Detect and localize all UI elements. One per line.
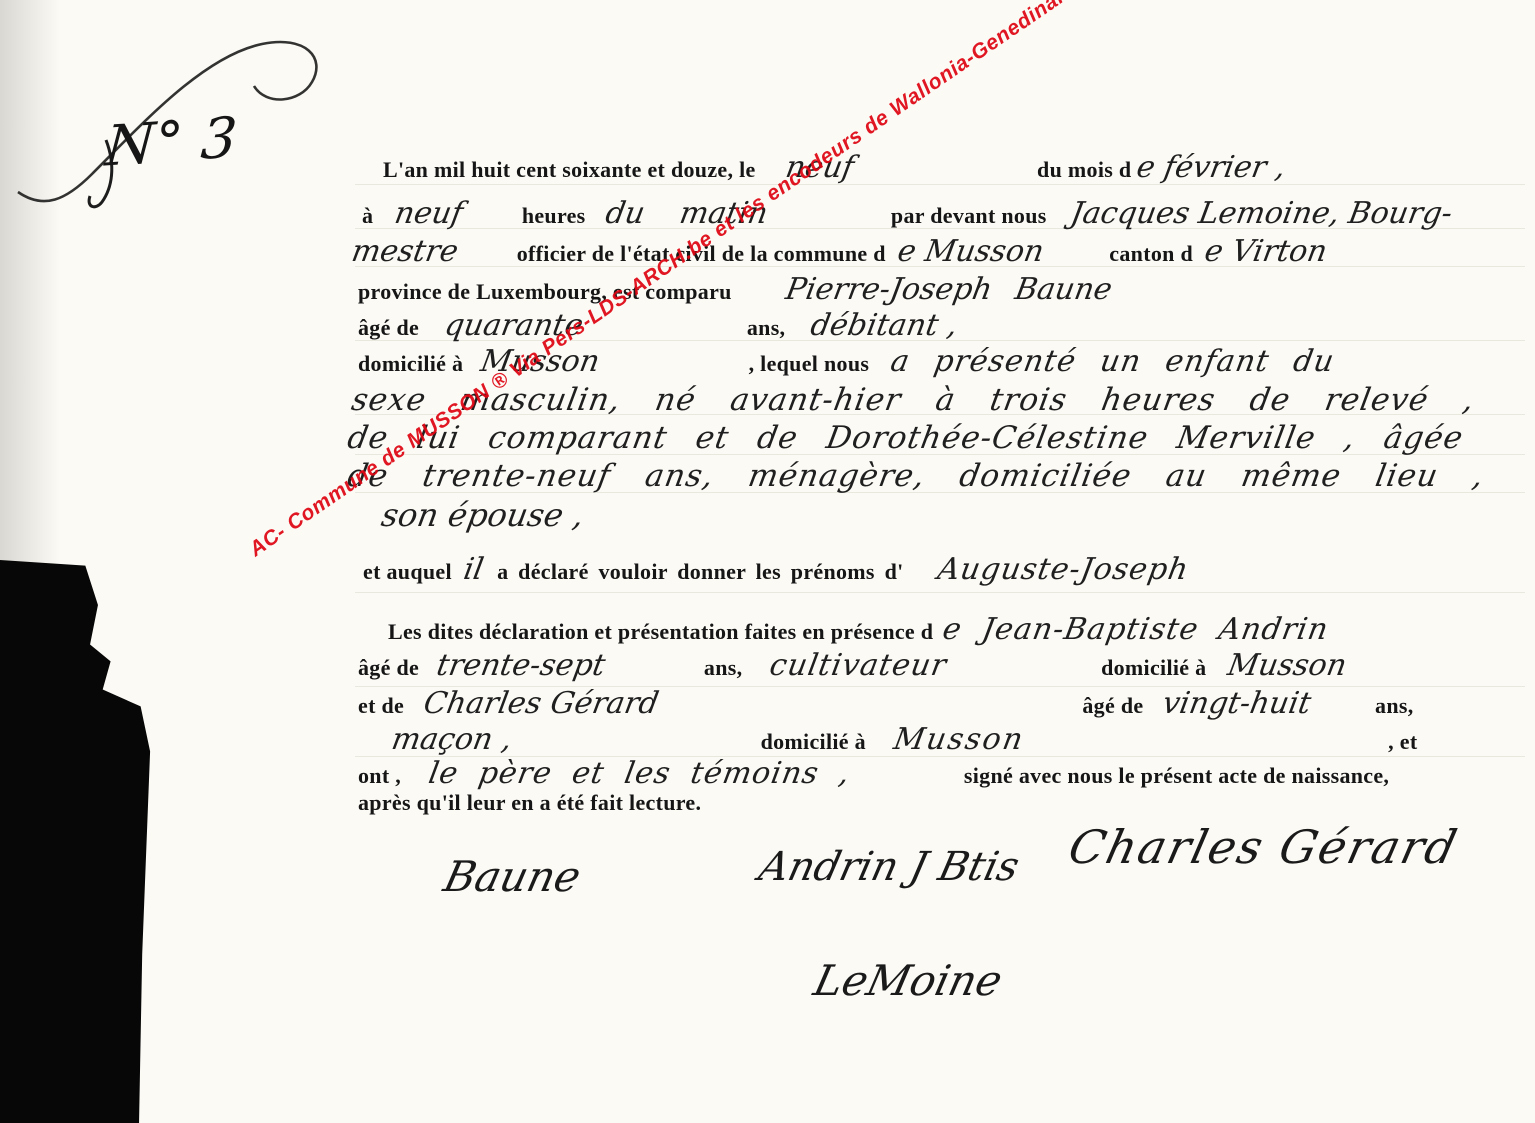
signature-andrin: Andrin J Btis [755, 844, 1024, 890]
handwritten-segment: Pierre-Joseph Baune [783, 272, 1115, 307]
printed-segment: et de [358, 693, 404, 718]
handwritten-segment: e Jean-Baptiste Andrin [940, 612, 1332, 647]
birth-act-document: N° 3 AC- Commune de MUSSON ® Via Pers-LD… [0, 0, 1535, 1123]
act-number-block: N° 3 [14, 14, 374, 244]
handwritten-segment: maçon , [389, 722, 515, 757]
printed-segment: canton d [1109, 241, 1193, 266]
handwritten-segment: son épouse , [379, 496, 587, 534]
printed-segment: après qu'il leur en a été fait lecture. [358, 790, 701, 815]
handwritten-segment: du matin [602, 196, 770, 231]
printed-segment: et auquel [363, 559, 452, 584]
handwritten-segment: Charles Gérard [421, 686, 661, 721]
printed-segment: âgé de [358, 315, 419, 340]
printed-segment: ans, [747, 315, 786, 340]
printed-segment: signé avec nous le présent acte de naiss… [964, 763, 1389, 788]
handwritten-segment: neuf [392, 196, 466, 231]
printed-segment: L'an mil huit cent soixante et douze, le [383, 157, 756, 182]
handwritten-segment: vingt-huit [1160, 686, 1314, 721]
handwritten-segment: neuf [782, 150, 856, 185]
printed-segment: , et [1388, 729, 1417, 754]
handwritten-segment: de lui comparant et de Dorothée-Célestin… [345, 420, 1467, 456]
printed-segment: ont , [358, 763, 401, 788]
printed-segment: domicilié à [761, 729, 866, 754]
handwritten-segment: de trente-neuf ans, ménagère, domiciliée… [345, 458, 1487, 494]
handwritten-segment: quarante [442, 308, 586, 343]
printed-segment: âgé de [1082, 693, 1143, 718]
handwritten-segment: a présenté un enfant du [888, 344, 1337, 379]
act-line-11: et auquel il a déclaré vouloir donner le… [363, 552, 1188, 596]
printed-segment: heures [522, 203, 586, 228]
printed-segment: du mois d [1037, 157, 1131, 182]
printed-segment: , lequel nous [749, 351, 870, 376]
printed-segment: domicilié à [1101, 655, 1206, 680]
printed-segment: province de Luxembourg, est comparu [358, 279, 732, 304]
printed-segment: à [362, 203, 373, 228]
act-number: N° 3 [103, 106, 239, 180]
signature-lemoine: LeMoine [809, 956, 1007, 1005]
handwritten-segment: cultivateur [767, 648, 950, 683]
handwritten-segment: trente-sept [434, 648, 608, 683]
printed-segment: a déclaré vouloir donner les prénoms d' [497, 559, 903, 584]
signature-charles-gerard: Charles Gérard [1064, 820, 1464, 874]
act-line-17: après qu'il leur en a été fait lecture. [358, 790, 701, 834]
handwritten-segment: Musson [478, 344, 602, 379]
printed-segment: ans, [704, 655, 743, 680]
handwritten-segment: débitant , [808, 308, 960, 343]
handwritten-segment: Jacques Lemoine, Bourg- [1068, 196, 1455, 231]
handwritten-segment: e Musson [895, 234, 1047, 269]
handwritten-segment: Auguste-Joseph [934, 552, 1191, 587]
printed-segment: officier de l'état civil de la commune d [517, 241, 886, 266]
printed-segment: par devant nous [891, 203, 1047, 228]
handwritten-segment: mestre [349, 234, 461, 269]
act-line-1: L'an mil huit cent soixante et douze, le… [383, 150, 1286, 194]
handwritten-segment: le père et les témoins , [426, 756, 853, 791]
handwritten-segment: e février , [1134, 150, 1288, 185]
handwritten-segment: Musson [891, 722, 1027, 757]
signature-baune: Baune [439, 852, 585, 901]
handwritten-segment: sexe masculin, né avant-hier à trois heu… [349, 382, 1478, 418]
handwritten-segment: il [461, 552, 486, 587]
printed-segment: domicilié à [358, 351, 463, 376]
act-line-10: son épouse , [382, 496, 583, 540]
handwritten-segment: Musson [1225, 648, 1349, 683]
printed-segment: Les dites déclaration et présentation fa… [388, 619, 933, 644]
handwritten-segment: e Virton [1202, 234, 1330, 269]
printed-segment: âgé de [358, 655, 419, 680]
printed-segment: ans, [1375, 693, 1414, 718]
